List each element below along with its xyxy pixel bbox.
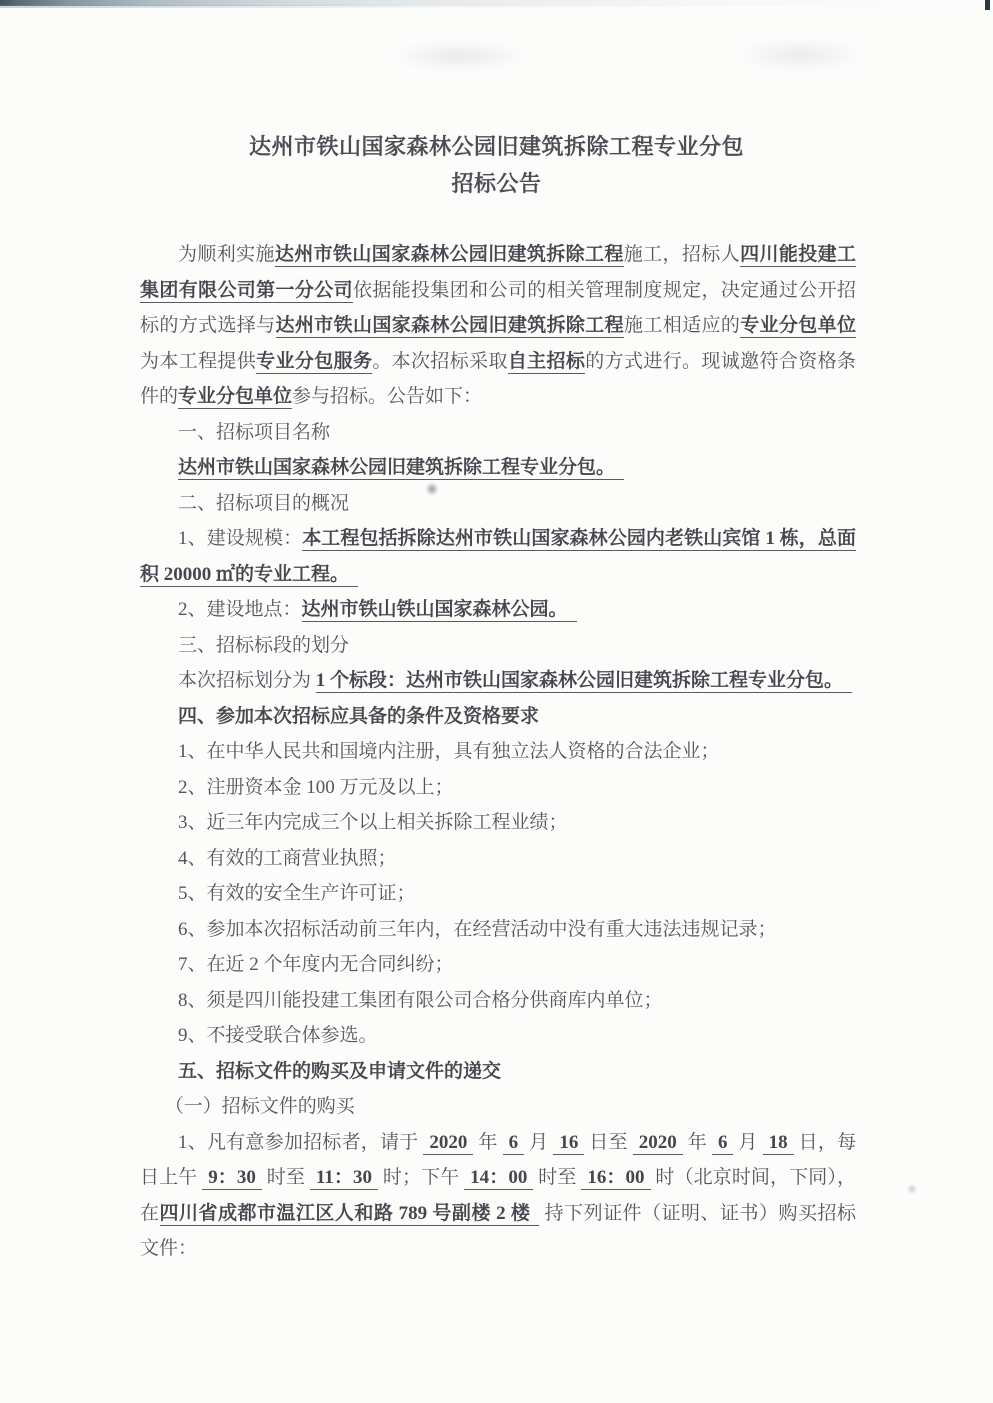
end-year-underlined: 2020	[633, 1132, 683, 1155]
scan-corner-mark	[985, 0, 990, 10]
bid-section-value-underlined: 1 个标段：达州市铁山国家森林公园旧建筑拆除工程专业分包。	[316, 670, 852, 693]
section-3-paragraph: 本次招标划分为 1 个标段：达州市铁山国家森林公园旧建筑拆除工程专业分包。	[140, 663, 856, 699]
text-segment: 为本工程提供	[140, 351, 256, 372]
intro-paragraph: 为顺利实施达州市铁山国家森林公园旧建筑拆除工程施工，招标人四川能投建工集团有限公…	[140, 237, 856, 415]
afternoon-end-time-underlined: 16：00	[581, 1167, 650, 1190]
project-name-underlined: 达州市铁山国家森林公园旧建筑拆除工程	[276, 315, 624, 338]
section-5-sub-heading: （一）招标文件的购买	[140, 1089, 856, 1125]
document-title: 达州市铁山国家森林公园旧建筑拆除工程专业分包	[0, 128, 993, 165]
section-1-project-name: 达州市铁山国家森林公园旧建筑拆除工程专业分包。	[140, 450, 856, 486]
start-year-underlined: 2020	[423, 1132, 473, 1155]
text-segment: 月	[529, 1132, 548, 1153]
location-value-underlined: 达州市铁山铁山国家森林公园。	[302, 599, 577, 622]
text-segment: 本次招标划分为	[178, 670, 311, 691]
text-segment: 月	[738, 1132, 757, 1153]
end-month-underlined: 6	[712, 1132, 734, 1155]
document-body: 为顺利实施达州市铁山国家森林公园旧建筑拆除工程施工，招标人四川能投建工集团有限公…	[140, 237, 856, 1267]
purchase-paragraph: 1、凡有意参加招标者，请于 2020 年 6 月 16 日至 2020 年 6 …	[140, 1125, 856, 1267]
text-segment: 日至	[589, 1132, 627, 1153]
text-segment: 参与招标。公告如下：	[292, 386, 482, 407]
condition-item-5: 5、有效的安全生产许可证；	[140, 876, 856, 912]
text-segment: 年	[478, 1132, 497, 1153]
scan-edge-artifact-secondary	[0, 5, 695, 8]
text-segment: 时至	[538, 1167, 576, 1188]
text-segment: 。本次招标采取	[372, 351, 508, 372]
section-2-heading: 二、招标项目的概况	[140, 486, 856, 522]
self-tender-underlined: 自主招标	[508, 351, 585, 374]
condition-item-4: 4、有效的工商营业执照；	[140, 841, 856, 877]
section-1-heading: 一、招标项目名称	[140, 415, 856, 451]
text-segment: 时；下午	[383, 1167, 459, 1188]
project-name-underlined: 达州市铁山国家森林公园旧建筑拆除工程	[275, 244, 624, 267]
item-label: 2、建设地点：	[178, 599, 302, 620]
section-2-item-scale: 1、建设规模：本工程包括拆除达州市铁山国家森林公园内老铁山宾馆 1 栋，总面积 …	[140, 521, 856, 592]
item-label: 1、建设规模：	[178, 528, 302, 549]
project-name-underlined: 达州市铁山国家森林公园旧建筑拆除工程专业分包。	[178, 457, 624, 480]
condition-item-8: 8、须是四川能投建工集团有限公司合格分供商库内单位；	[140, 983, 856, 1019]
scan-speck-small	[906, 1184, 918, 1194]
condition-item-2: 2、注册资本金 100 万元及以上；	[140, 770, 856, 806]
text-segment: 为顺利实施	[178, 244, 275, 265]
condition-item-1: 1、在中华人民共和国境内注册，具有独立法人资格的合法企业；	[140, 734, 856, 770]
title-block: 达州市铁山国家森林公园旧建筑拆除工程专业分包 招标公告	[0, 128, 993, 202]
text-segment: 施工相适应的	[624, 315, 740, 336]
scan-smudge-right	[735, 38, 865, 72]
subcontract-unit-underlined: 专业分包单位	[178, 386, 292, 409]
end-day-underlined: 18	[763, 1132, 794, 1155]
condition-item-6: 6、参加本次招标活动前三年内，在经营活动中没有重大违法违规记录；	[140, 912, 856, 948]
section-2-item-location: 2、建设地点：达州市铁山铁山国家森林公园。	[140, 592, 856, 628]
text-segment: 年	[688, 1132, 707, 1153]
section-4-heading: 四、参加本次招标应具备的条件及资格要求	[140, 699, 856, 735]
subcontract-unit-underlined: 专业分包单位	[740, 315, 856, 338]
afternoon-start-time-underlined: 14：00	[464, 1167, 533, 1190]
condition-item-7: 7、在近 2 个年度内无合同纠纷；	[140, 947, 856, 983]
condition-item-3: 3、近三年内完成三个以上相关拆除工程业绩；	[140, 805, 856, 841]
text-segment: 时至	[267, 1167, 305, 1188]
document-subtitle: 招标公告	[0, 165, 993, 202]
subcontract-service-underlined: 专业分包服务	[256, 351, 372, 374]
start-day-underlined: 16	[553, 1132, 584, 1155]
start-month-underlined: 6	[503, 1132, 525, 1155]
scanned-document-page: 达州市铁山国家森林公园旧建筑拆除工程专业分包 招标公告 为顺利实施达州市铁山国家…	[0, 0, 993, 1403]
section-3-heading: 三、招标标段的划分	[140, 628, 856, 664]
morning-start-time-underlined: 9：30	[202, 1167, 262, 1190]
scan-smudge-left	[388, 40, 528, 72]
condition-item-9: 9、不接受联合体参选。	[140, 1018, 856, 1054]
morning-end-time-underlined: 11：30	[310, 1167, 378, 1190]
purchase-address-underlined: 四川省成都市温江区人和路 789 号副楼 2 楼	[160, 1203, 540, 1226]
text-segment: 1、凡有意参加招标者，请于	[178, 1132, 418, 1153]
section-5-heading: 五、招标文件的购买及申请文件的递交	[140, 1054, 856, 1090]
text-segment: 施工，招标人	[624, 244, 740, 265]
